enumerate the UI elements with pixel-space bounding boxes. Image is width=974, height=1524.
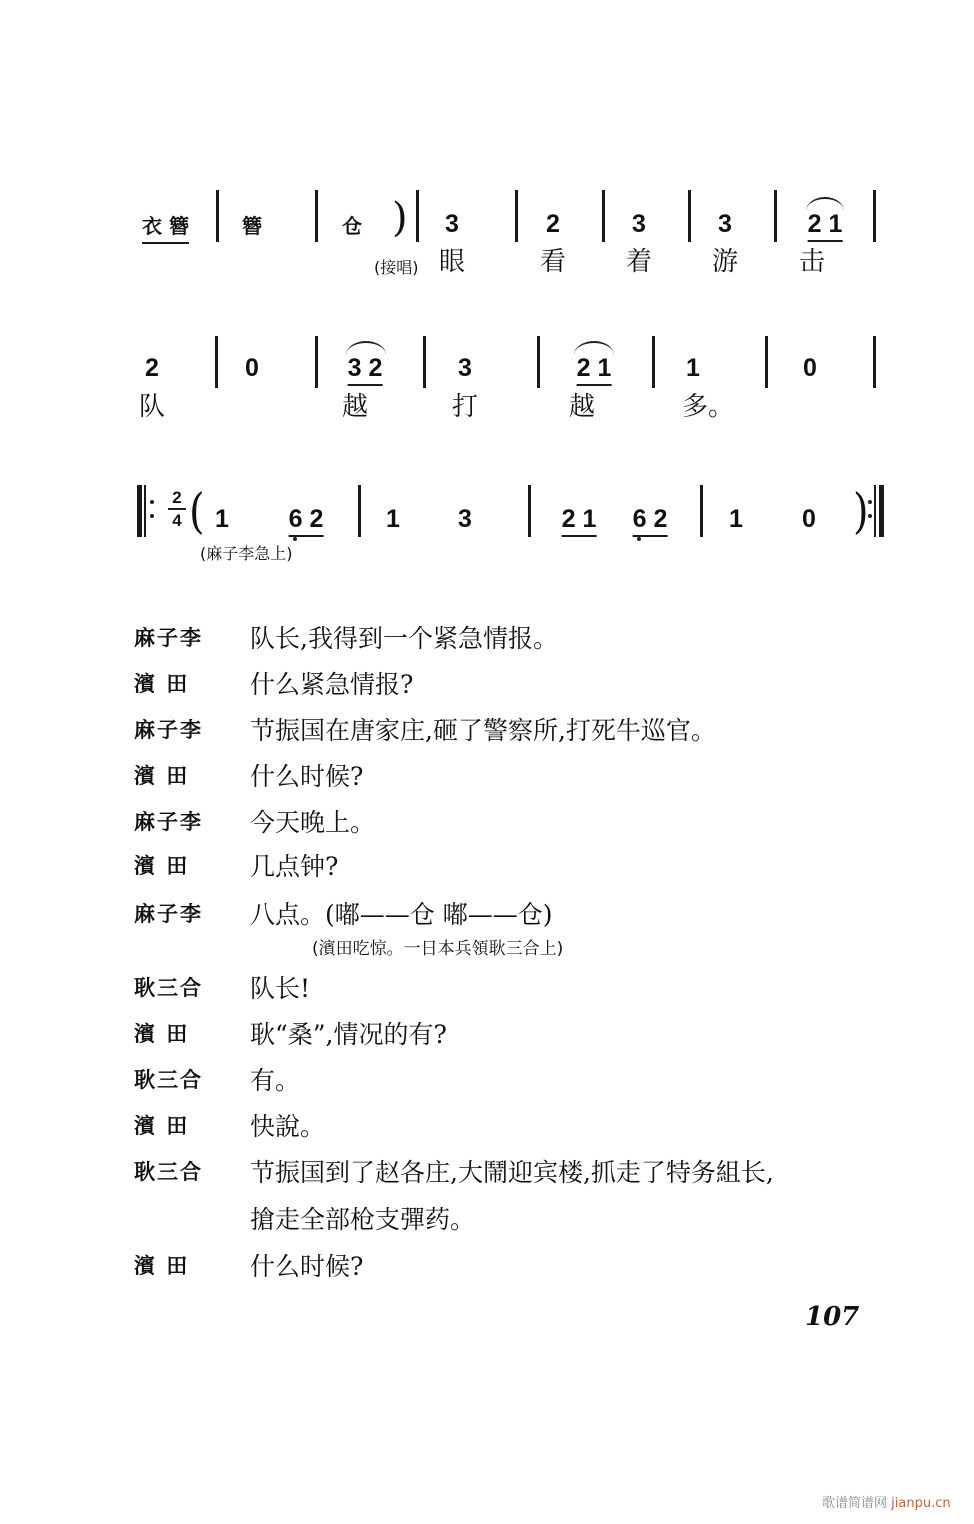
dialogue-line: 麻子李 八点。(嘟——仓 嘟——仓) [134,893,552,933]
dialogue-line: 濱 田 什么紧急情报? [134,663,413,703]
watermark-site: jianpu.cn [891,1496,950,1511]
speech: 什么时候? [250,757,363,793]
lyric: 击 [799,248,825,276]
note-group-eighth: 2 1 [562,507,597,537]
slur [574,341,614,355]
dialogue-line: 濱 田 快說。 [134,1105,325,1145]
barline [423,336,426,388]
percussion-syllable: 衣 簪 [142,210,189,244]
speech: 节振国到了赵各庄,大鬧迎宾楼,抓走了特务組长, [250,1153,774,1189]
dialogue-line: 麻子李 节振国在唐家庄,砸了警察所,打死牛巡官。 [134,709,716,749]
barline [652,336,655,388]
lyric: 越 [569,393,595,421]
open-paren: ( [189,488,205,536]
speaker: 濱 田 [134,1110,250,1140]
barline [765,336,768,388]
low-octave-dot [637,537,641,541]
note: 1 [215,507,229,532]
note: 1 [686,356,700,381]
note: 3 [718,212,732,237]
stage-direction: (濱田吃惊。一日本兵領耿三合上) [312,934,563,959]
speaker: 濱 田 [134,760,250,790]
speaker: 麻子李 [134,622,250,652]
speech: 队长! [250,969,310,1005]
dialogue-line: 濱 田 几点钟? [134,845,338,885]
dialogue-line: 濱 田 什么时候? [134,1245,363,1285]
note: 0 [245,356,259,381]
speech: 有。 [250,1061,300,1097]
stage-cue: (接唱) [374,255,419,278]
stage-direction: (麻子李急上) [200,541,293,564]
lyric: 打 [452,393,478,421]
speech: 什么时候? [250,1247,363,1283]
speaker: 麻子李 [134,714,250,744]
repeat-start-thin-bar [144,485,146,537]
barline [315,190,318,242]
dialogue-line: 濱 田 耿“桑”,情况的有? [134,1013,447,1053]
speaker: 耿三合 [134,1156,250,1186]
speaker: 濱 田 [134,1018,250,1048]
percussion-syllable: 仓 [342,210,362,239]
note: 0 [802,507,816,532]
dialogue-line: 濱 田 什么时候? [134,755,363,795]
repeat-dots [868,500,872,528]
note: 3 [445,212,459,237]
repeat-dots [150,500,154,528]
barline [602,190,605,242]
note-group-eighth: 2 1 [808,212,843,242]
dialogue-line: 耿三合 队长! [134,967,310,1007]
barline [416,190,419,242]
watermark: 歌谱简谱网 jianpu.cn [822,1492,951,1511]
speech: 快說。 [250,1107,325,1143]
time-signature-top: 2 [168,489,186,506]
low-octave-dot [293,537,297,541]
speech: 今天晚上。 [250,803,375,839]
note: 2 [145,356,159,381]
dialogue-line: 麻子李 队长,我得到一个紧急情报。 [134,617,558,657]
speech: 队长,我得到一个紧急情报。 [250,619,558,655]
lyric: 越 [342,393,368,421]
barline [315,336,318,388]
lyric: 队 [139,393,165,421]
dialogue-line: 耿三合 有。 [134,1059,300,1099]
note: 3 [458,356,472,381]
barline [873,190,876,242]
close-paren: ) [392,198,408,238]
percussion-syllable: 簪 [242,210,262,239]
speech: 八点。(嘟——仓 嘟——仓) [250,895,552,931]
note-group-eighth: 3 2 [348,356,383,386]
barline [700,485,703,537]
barline [358,485,361,537]
note-group-eighth: 6 2 [289,507,324,537]
time-signature-bottom: 4 [168,512,186,529]
lyric: 看 [540,248,566,276]
speech: 耿“桑”,情况的有? [250,1015,447,1051]
speaker: 麻子李 [134,806,250,836]
speaker: 濱 田 [134,668,250,698]
slur [346,341,386,355]
close-paren: ) [853,488,869,536]
barline [215,336,218,388]
dialogue-line: 麻子李 今天晚上。 [134,801,375,841]
note-group-eighth: 6 2 [633,507,668,537]
repeat-end-thick-bar [879,485,884,537]
barline [537,336,540,388]
speech: 几点钟? [250,847,338,883]
speech: 搶走全部枪支彈药。 [250,1200,475,1236]
note: 2 [546,212,560,237]
barline [688,190,691,242]
note-group-eighth: 2 1 [577,356,612,386]
watermark-cn: 歌谱简谱网 [822,1496,887,1511]
speech: 节振国在唐家庄,砸了警察所,打死牛巡官。 [250,711,716,747]
note: 3 [632,212,646,237]
time-signature: 2 4 [168,489,186,529]
barline [774,190,777,242]
dialogue-continuation: 搶走全部枪支彈药。 [250,1198,475,1238]
speaker: 麻子李 [134,898,250,928]
slur [806,197,844,211]
speaker: 耿三合 [134,972,250,1002]
lyric: 着 [626,248,652,276]
repeat-start-thick-bar [137,485,142,537]
speaker: 耿三合 [134,1064,250,1094]
lyric: 眼 [439,248,465,276]
note: 1 [729,507,743,532]
note: 3 [458,507,472,532]
speaker: 濱 田 [134,1250,250,1280]
lyric: 游 [712,248,738,276]
dialogue-line: 耿三合 节振国到了赵各庄,大鬧迎宾楼,抓走了特务組长, [134,1151,774,1191]
note: 1 [386,507,400,532]
speaker: 濱 田 [134,850,250,880]
barline [873,336,876,388]
barline [216,190,219,242]
barline [515,190,518,242]
note: 0 [803,356,817,381]
barline [528,485,531,537]
page-number: 107 [805,1302,859,1332]
speech: 什么紧急情报? [250,665,413,701]
repeat-end-thin-bar [874,485,876,537]
lyric: 多。 [682,393,734,421]
